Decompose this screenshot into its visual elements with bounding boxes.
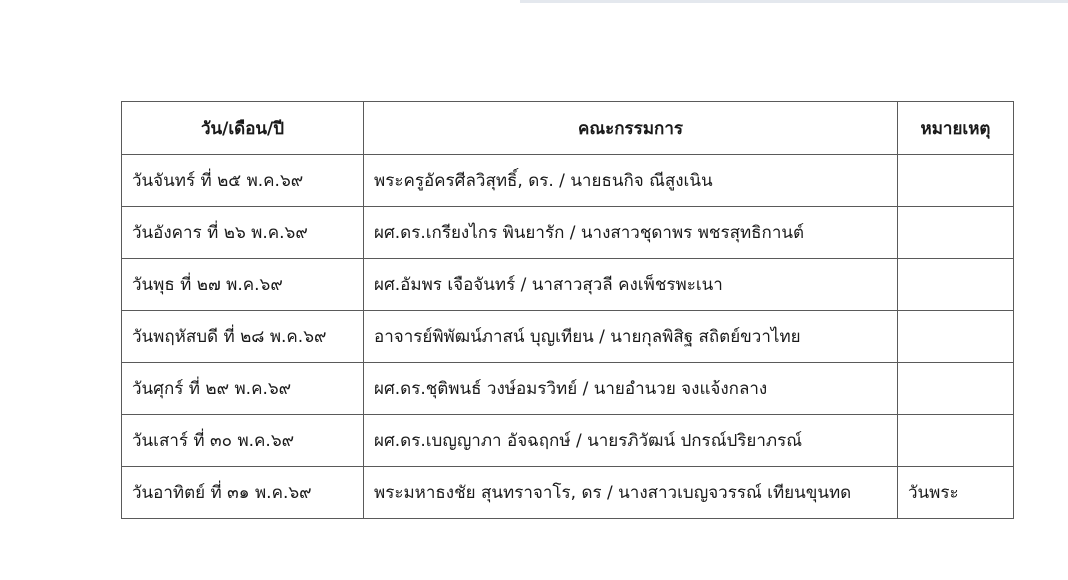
date-cell: วันจันทร์ ที่ ๒๕ พ.ค.๖๙ bbox=[122, 155, 364, 207]
committee-schedule-table: วัน/เดือน/ปี คณะกรรมการ หมายเหตุ วันจันท… bbox=[121, 101, 1014, 519]
table-row: วันศุกร์ ที่ ๒๙ พ.ค.๖๙ ผศ.ดร.ชุติพนธ์ วง… bbox=[122, 363, 1014, 415]
page-top-edge bbox=[520, 0, 1068, 3]
table-row: วันพฤหัสบดี ที่ ๒๘ พ.ค.๖๙ อาจารย์พิพัฒน์… bbox=[122, 311, 1014, 363]
header-note: หมายเหตุ bbox=[898, 102, 1014, 155]
committee-cell: พระมหาธงชัย สุนทราจาโร, ดร / นางสาวเบญจว… bbox=[364, 467, 898, 519]
committee-cell: ผศ.ดร.เบญญาภา อัจฉฤกษ์ / นายรภิวัฒน์ ปกร… bbox=[364, 415, 898, 467]
note-cell bbox=[898, 155, 1014, 207]
committee-cell: พระครูอัครศีลวิสุทธิ์, ดร. / นายธนกิจ ณี… bbox=[364, 155, 898, 207]
date-cell: วันพุธ ที่ ๒๗ พ.ค.๖๙ bbox=[122, 259, 364, 311]
table-header-row: วัน/เดือน/ปี คณะกรรมการ หมายเหตุ bbox=[122, 102, 1014, 155]
table-row: วันพุธ ที่ ๒๗ พ.ค.๖๙ ผศ.อัมพร เจือจันทร์… bbox=[122, 259, 1014, 311]
note-cell: วันพระ bbox=[898, 467, 1014, 519]
table-row: วันจันทร์ ที่ ๒๕ พ.ค.๖๙ พระครูอัครศีลวิส… bbox=[122, 155, 1014, 207]
note-cell bbox=[898, 207, 1014, 259]
header-date: วัน/เดือน/ปี bbox=[122, 102, 364, 155]
note-cell bbox=[898, 311, 1014, 363]
header-committee: คณะกรรมการ bbox=[364, 102, 898, 155]
note-cell bbox=[898, 259, 1014, 311]
date-cell: วันเสาร์ ที่ ๓๐ พ.ค.๖๙ bbox=[122, 415, 364, 467]
table-row: วันเสาร์ ที่ ๓๐ พ.ค.๖๙ ผศ.ดร.เบญญาภา อัจ… bbox=[122, 415, 1014, 467]
note-cell bbox=[898, 415, 1014, 467]
committee-cell: ผศ.อัมพร เจือจันทร์ / นาสาวสุวลี คงเพ็ชร… bbox=[364, 259, 898, 311]
committee-cell: อาจารย์พิพัฒน์ภาสน์ บุญเทียน / นายกุลพิส… bbox=[364, 311, 898, 363]
date-cell: วันอาทิตย์ ที่ ๓๑ พ.ค.๖๙ bbox=[122, 467, 364, 519]
table-row: วันอังคาร ที่ ๒๖ พ.ค.๖๙ ผศ.ดร.เกรียงไกร … bbox=[122, 207, 1014, 259]
note-cell bbox=[898, 363, 1014, 415]
date-cell: วันศุกร์ ที่ ๒๙ พ.ค.๖๙ bbox=[122, 363, 364, 415]
committee-cell: ผศ.ดร.ชุติพนธ์ วงษ์อมรวิทย์ / นายอำนวย จ… bbox=[364, 363, 898, 415]
date-cell: วันอังคาร ที่ ๒๖ พ.ค.๖๙ bbox=[122, 207, 364, 259]
table-row: วันอาทิตย์ ที่ ๓๑ พ.ค.๖๙ พระมหาธงชัย สุน… bbox=[122, 467, 1014, 519]
committee-cell: ผศ.ดร.เกรียงไกร พินยารัก / นางสาวชุดาพร … bbox=[364, 207, 898, 259]
date-cell: วันพฤหัสบดี ที่ ๒๘ พ.ค.๖๙ bbox=[122, 311, 364, 363]
